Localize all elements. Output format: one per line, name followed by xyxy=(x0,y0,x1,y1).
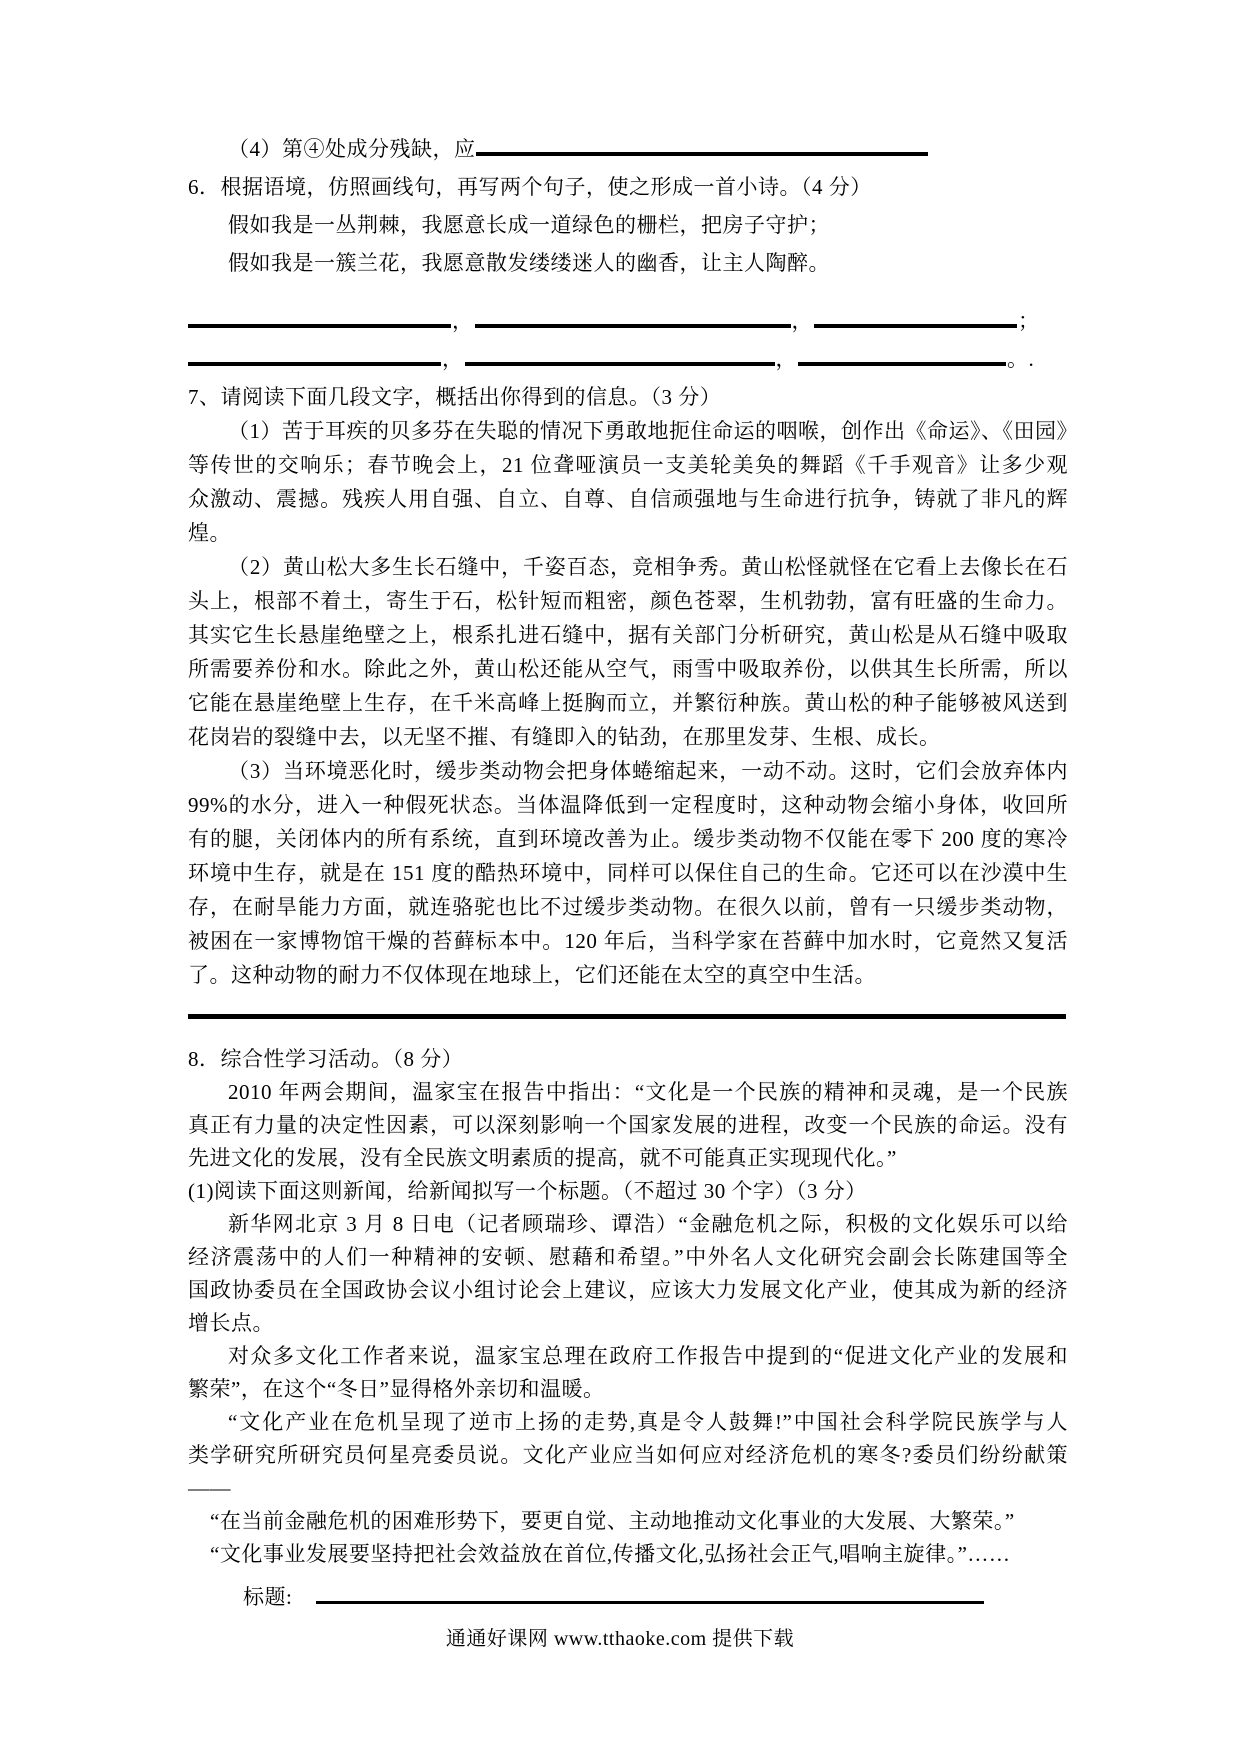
question-4-text: （4）第④处成分残缺，应 xyxy=(228,137,476,161)
paragraph-line: 众激动、震撼。残疾人用自强、自立、自尊、自信顽强地与生命进行抗争，铸就了非凡的辉 xyxy=(188,482,1068,516)
section-divider xyxy=(188,1014,1066,1019)
news-paragraph-line: 增长点。 xyxy=(188,1307,1068,1340)
paragraph-line: 花岗岩的裂缝中去，以无坚不摧、有缝即入的钻劲，在那里发芽、生根、成长。 xyxy=(188,720,1068,754)
question-4-line: （4）第④处成分残缺，应 xyxy=(188,132,1068,166)
separator-period: 。. xyxy=(1006,342,1035,376)
paragraph-line: 等传世的交响乐；春节晚会上，21 位聋哑演员一支美轮美奂的舞蹈《千手观音》让多少… xyxy=(188,448,1068,482)
news-paragraph-line: 对众多文化工作者来说，温家宝总理在政府工作报告中提到的“促进文化产业的发展和 xyxy=(188,1340,1068,1373)
answer-blank xyxy=(476,138,928,156)
paragraph-line: 煌。 xyxy=(188,516,1068,550)
paragraph-line: 有的腿，关闭体内的所有系统，直到环境改善为止。缓步类动物不仅能在零下 200 度… xyxy=(188,822,1068,856)
news-paragraph-line: 经济震荡中的人们一种精神的安顿、慰藉和希望。”中外名人文化研究会副会长陈建国等全 xyxy=(188,1241,1068,1274)
paragraph-line: 被困在一家博物馆干燥的苔藓标本中。120 年后，当科学家在苔藓中加水时，它竟然又… xyxy=(188,924,1068,958)
separator-comma: ， xyxy=(451,304,475,338)
quote-line-1: “在当前金融危机的困难形势下，要更自觉、主动地推动文化事业的大发展、大繁荣。” xyxy=(188,1505,1068,1538)
question-8-sub1-heading: (1)阅读下面这则新闻，给新闻拟写一个标题。（不超过 30 个字）（3 分） xyxy=(188,1175,1068,1208)
paragraph-line: 先进文化的发展，没有全民族文明素质的提高，就不可能真正实现现代化。” xyxy=(188,1142,1068,1175)
poem-example-line-1: 假如我是一丛荆棘，我愿意长成一道绿色的栅栏，把房子守护； xyxy=(188,208,1068,242)
separator-comma: ， xyxy=(791,304,815,338)
paragraph-line: 它能在悬崖绝壁上生存，在千米高峰上挺胸而立，并繁衍种族。黄山松的种子能够被风送到 xyxy=(188,686,1068,720)
quote-line-2: “文化事业发展要坚持把社会效益放在首位,传播文化,弘扬社会正气,唱响主旋律。”…… xyxy=(188,1538,1068,1571)
question-6-heading: 6．根据语境，仿照画线句，再写两个句子，使之形成一首小诗。（4 分） xyxy=(188,170,1068,204)
answer-blank xyxy=(465,348,775,366)
separator-comma: ， xyxy=(775,342,799,376)
paragraph-line: 头上，根部不着土，寄生于石，松针短而粗密，颜色苍翠，生机勃勃，富有旺盛的生命力。 xyxy=(188,584,1068,618)
paragraph-line: 99%的水分，进入一种假死状态。当体温降低到一定程度时，这种动物会缩小身体，收回… xyxy=(188,788,1068,822)
news-paragraph-line: 繁荣”，在这个“冬日”显得格外亲切和温暖。 xyxy=(188,1373,1068,1406)
paragraph-line: 了。这种动物的耐力不仅体现在地球上，它们还能在太空的真空中生活。 xyxy=(188,958,1068,992)
answer-blank xyxy=(798,348,1006,366)
answer-blank xyxy=(188,310,451,328)
footer-credit: 通通好课网 www.tthaoke.com 提供下载 xyxy=(0,1622,1240,1651)
paragraph-line: 所需要养份和水。除此之外，黄山松还能从空气，雨雪中吸取养份，以供其生长所需，所以 xyxy=(188,652,1068,686)
dash-line: —— xyxy=(188,1472,1068,1505)
title-answer-line: 标题: xyxy=(188,1581,1068,1614)
title-blank xyxy=(316,1586,984,1604)
answer-blank-row-2: ，，。. xyxy=(188,342,1068,376)
paragraph-line: 存，在耐旱能力方面，就连骆驼也比不过缓步类动物。在很久以前，曾有一只缓步类动物， xyxy=(188,890,1068,924)
news-paragraph-line: 类学研究所研究员何星亮委员说。文化产业应当如何应对经济危机的寒冬?委员们纷纷献策 xyxy=(188,1439,1068,1472)
question-7-heading: 7、请阅读下面几段文字，概括出你得到的信息。（3 分） xyxy=(188,380,1068,414)
answer-blank xyxy=(475,310,791,328)
news-paragraph-line: “文化产业在危机呈现了逆市上扬的走势,真是令人鼓舞!”中国社会科学院民族学与人 xyxy=(188,1406,1068,1439)
paragraph-line: 2010 年两会期间，温家宝在报告中指出：“文化是一个民族的精神和灵魂，是一个民… xyxy=(188,1076,1068,1109)
answer-blank xyxy=(814,310,1017,328)
question-8-block: 8．综合性学习活动。（8 分） 2010 年两会期间，温家宝在报告中指出：“文化… xyxy=(188,1043,1068,1614)
paragraph-line: （3）当环境恶化时，缓步类动物会把身体蜷缩起来，一动不动。这时，它们会放弃体内 xyxy=(188,754,1068,788)
paragraph-line: （1）苦于耳疾的贝多芬在失聪的情况下勇敢地扼住命运的咽喉，创作出《命运》、《田园… xyxy=(188,414,1068,448)
question-7-block: 7、请阅读下面几段文字，概括出你得到的信息。（3 分） （1）苦于耳疾的贝多芬在… xyxy=(188,380,1068,992)
paragraph-line: 其实它生长悬崖绝壁之上，根系扎进石缝中，据有关部门分析研究，黄山松是从石缝中吸取 xyxy=(188,618,1068,652)
separator-semicolon: ； xyxy=(1017,304,1041,338)
paragraph-line: （2）黄山松大多生长石缝中，千姿百态，竞相争秀。黄山松怪就怪在它看上去像长在石 xyxy=(188,550,1068,584)
poem-example-line-2: 假如我是一簇兰花，我愿意散发缕缕迷人的幽香，让主人陶醉。 xyxy=(188,246,1068,280)
question-8-heading: 8．综合性学习活动。（8 分） xyxy=(188,1043,1068,1076)
answer-blank xyxy=(188,348,441,366)
paragraph-line: 环境中生存，就是在 151 度的酷热环境中，同样可以保住自己的生命。它还可以在沙… xyxy=(188,856,1068,890)
separator-comma: ， xyxy=(441,342,465,376)
exam-paper-page: （4）第④处成分残缺，应 6．根据语境，仿照画线句，再写两个句子，使之形成一首小… xyxy=(0,0,1240,1754)
answer-blank-row-1: ，，； xyxy=(188,304,1068,338)
paragraph-line: 真正有力量的决定性因素，可以深刻影响一个国家发展的进程，改变一个民族的命运。没有 xyxy=(188,1109,1068,1142)
document-body: （4）第④处成分残缺，应 6．根据语境，仿照画线句，再写两个句子，使之形成一首小… xyxy=(188,132,1068,1614)
title-label: 标题: xyxy=(243,1585,292,1609)
news-paragraph-line: 国政协委员在全国政协会议小组讨论会上建议，应该大力发展文化产业，使其成为新的经济 xyxy=(188,1274,1068,1307)
news-paragraph-line: 新华网北京 3 月 8 日电（记者顾瑞珍、谭浩）“金融危机之际，积极的文化娱乐可… xyxy=(188,1208,1068,1241)
